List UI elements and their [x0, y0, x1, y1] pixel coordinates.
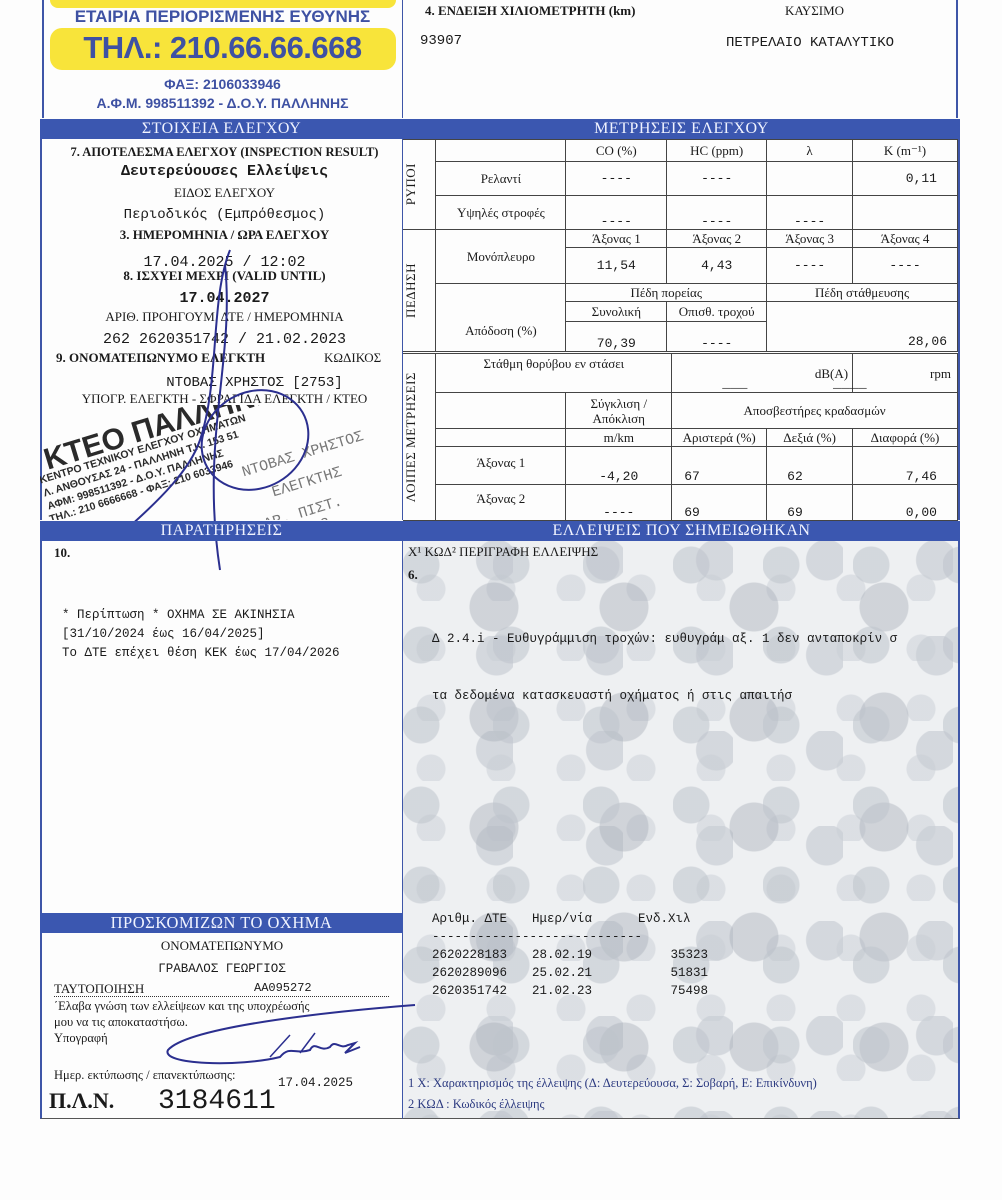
- defects-number: 6.: [408, 567, 418, 583]
- odometer-label: 4. ΕΝΔΕΙΞΗ ΧΙΛΙΟΜΕΤΡΗΤΗ (km): [425, 3, 635, 19]
- dte-history-table: Αριθμ. ΔΤΕ Ημερ/νία Ενδ.Χιλ ------------…: [432, 910, 708, 1000]
- parking-brake-label: Πέδη στάθμευσης: [767, 284, 958, 302]
- alignment-header: Σύγκλιση / Απόκλιση: [566, 393, 672, 429]
- shock-col-right: Δεξιά (%): [767, 429, 853, 447]
- emissions-value: ----: [667, 162, 767, 196]
- history-header: Ενδ.Χιλ: [638, 910, 708, 928]
- axle-header: Άξονας 4: [853, 230, 958, 248]
- type-value: Περιοδικός (Εμπρόθεσμος): [52, 207, 397, 223]
- fuel-value: ΠΕΤΡΕΛΑΙΟ ΚΑΤΑΛΥΤΙΚΟ: [726, 35, 894, 51]
- history-header: Αριθμ. ΔΤΕ: [432, 910, 532, 928]
- presenter-id-label: ΤΑΥΤΟΠΟΙΗΣΗ: [54, 981, 144, 996]
- unilateral-value: 11,54: [566, 248, 667, 284]
- axle-header: Άξονας 1: [566, 230, 667, 248]
- shock-col-left: Αριστερά (%): [672, 429, 767, 447]
- pln-label: Π.Λ.Ν.: [49, 1088, 114, 1114]
- emissions-header-hc: HC (ppm): [667, 140, 767, 162]
- pln-value: 3184611: [158, 1086, 276, 1117]
- presenter-section-bar: ΠΡΟΣΚΟΜΙΖΩΝ ΤΟ ΟΧΗΜΑ: [40, 913, 403, 933]
- defects-header: X¹ ΚΩΔ² ΠΕΡΙΓΡΑΦΗ ΕΛΛΕΙΨΗΣ: [408, 544, 598, 560]
- defects-text: Δ 2.4.i - Ευθυγράμμιση τροχών: ευθυγράμ …: [432, 592, 897, 725]
- emissions-group-label: ΡΥΠΟΙ: [403, 140, 436, 230]
- history-row: 2620351742 21.02.23 75498: [432, 982, 708, 1000]
- emissions-value: [853, 196, 958, 230]
- unilateral-label: Μονόπλευρο: [436, 230, 566, 284]
- shock-right-value: 69: [767, 485, 853, 521]
- parking-brake-value: 28,06: [767, 302, 958, 352]
- axle-row-label: Άξονας 2: [436, 485, 566, 521]
- emissions-value: ----: [767, 196, 853, 230]
- history-row: 2620289096 25.02.21 51831: [432, 964, 708, 982]
- company-afm: Α.Φ.Μ. 998511392 - Δ.Ο.Υ. ΠΑΛΛΗΝΗΣ: [44, 95, 401, 111]
- emissions-table: ΡΥΠΟΙ CO (%) HC (ppm) λ K (m⁻¹) Ρελαντί …: [403, 139, 958, 230]
- remarks-number: 10.: [54, 545, 70, 561]
- presenter-name-value: ΓΡΑΒΑΛΟΣ ΓΕΩΡΓΙΟΣ: [42, 962, 402, 976]
- alignment-value: -4,20: [566, 447, 672, 485]
- defect-line: τα δεδομένα κατασκευαστή οχήματος ή στις…: [432, 687, 897, 706]
- history-divider: ----------------------------: [432, 928, 708, 946]
- footnote-1: 1 X: Χαρακτηρισμός της έλλειψης (Δ: Δευτ…: [408, 1076, 817, 1091]
- rear-wheel-label: Οπισθ. τροχού: [667, 302, 767, 322]
- emissions-row-label: Ρελαντί: [436, 162, 566, 196]
- shock-left-value: 67: [672, 447, 767, 485]
- type-label: ΕΙΔΟΣ ΕΛΕΓΧΟΥ: [52, 185, 397, 201]
- odometer-value: 93907: [420, 33, 462, 49]
- shock-left-value: 69: [672, 485, 767, 521]
- result-value: Δευτερεύουσες Ελλείψεις: [52, 163, 397, 180]
- noise-db-cell: ___ dB(A): [672, 354, 853, 393]
- fuel-label: ΚΑΥΣΙΜΟ: [785, 3, 844, 19]
- axle-header: Άξονας 2: [667, 230, 767, 248]
- defect-line: Δ 2.4.i - Ευθυγράμμιση τροχών: ευθυγράμ …: [432, 630, 897, 649]
- remarks-section-bar: ΠΑΡΑΤΗΡΗΣΕΙΣ: [40, 521, 403, 541]
- measurements-section-bar: ΜΕΤΡΗΣΕΙΣ ΕΛΕΓΧΟΥ: [403, 119, 960, 139]
- emissions-value: ----: [667, 196, 767, 230]
- emissions-value: ----: [566, 162, 667, 196]
- history-row: 2620228183 28.02.19 35323: [432, 946, 708, 964]
- shock-absorbers-header: Αποσβεστήρες κραδασμών: [672, 393, 958, 429]
- alignment-value: ----: [566, 485, 672, 521]
- emissions-value: ----: [566, 196, 667, 230]
- noise-db-value: ___: [722, 376, 747, 392]
- unilateral-value: ----: [767, 248, 853, 284]
- noise-rpm-value: ____: [833, 376, 867, 392]
- emissions-header-co: CO (%): [566, 140, 667, 162]
- company-fax: ΦΑΞ: 2106033946: [44, 76, 401, 92]
- other-measurements-table: ΛΟΙΠΕΣ ΜΕΤΡΗΣΕΙΣ Στάθμη θορύβου εν στάσε…: [403, 353, 958, 521]
- braking-table: ΠΕΔΗΣΗ Μονόπλευρο Άξονας 1 Άξονας 2 Άξον…: [403, 229, 958, 352]
- unilateral-value: 4,43: [667, 248, 767, 284]
- service-rear-value: ----: [667, 322, 767, 352]
- company-type: ΕΤΑΙΡΙΑ ΠΕΡΙΟΡΙΣΜΕΝΗΣ ΕΥΘΥΝΗΣ: [44, 7, 401, 27]
- result-label: 7. ΑΠΟΤΕΛΕΣΜΑ ΕΛΕΓΧΟΥ (INSPECTION RESULT…: [52, 145, 397, 160]
- remarks-line: [31/10/2024 έως 16/04/2025]: [62, 625, 340, 644]
- company-phone: ΤΗΛ.: 210.66.66.668: [44, 30, 401, 66]
- defects-section-bar: ΕΛΛΕΙΨΕΙΣ ΠΟΥ ΣΗΜΕΙΩΘΗΚΑΝ: [403, 521, 960, 541]
- inspection-section-bar: ΣΤΟΙΧΕΙΑ ΕΛΕΓΧΟΥ: [40, 119, 403, 139]
- noise-rpm-cell: ____ rpm: [853, 354, 958, 393]
- axle-row-label: Άξονας 1: [436, 447, 566, 485]
- service-total-value: 70,39: [566, 322, 667, 352]
- emissions-value: [767, 162, 853, 196]
- unilateral-value: ----: [853, 248, 958, 284]
- shock-right-value: 62: [767, 447, 853, 485]
- history-header-row: Αριθμ. ΔΤΕ Ημερ/νία Ενδ.Χιλ: [432, 910, 708, 928]
- history-header: Ημερ/νία: [532, 910, 638, 928]
- shock-col-diff: Διαφορά (%): [853, 429, 958, 447]
- noise-rpm-unit: rpm: [930, 366, 951, 382]
- print-date-value: 17.04.2025: [278, 1076, 353, 1090]
- shock-diff-value: 7,46: [853, 447, 958, 485]
- footnote-2: 2 ΚΩΔ : Κωδικός έλλειψης: [408, 1097, 544, 1112]
- axle-header: Άξονας 3: [767, 230, 853, 248]
- emissions-header-lambda: λ: [767, 140, 853, 162]
- remarks-text: * Περίπτωση * ΟΧΗΜΑ ΣΕ ΑΚΙΝΗΣΙΑ [31/10/2…: [62, 606, 340, 663]
- service-brake-label: Πέδη πορείας: [566, 284, 767, 302]
- noise-label: Στάθμη θορύβου εν στάσει: [436, 354, 672, 393]
- alignment-unit: m/km: [566, 429, 672, 447]
- total-label: Συνολική: [566, 302, 667, 322]
- presenter-signature: [150, 995, 440, 1075]
- remarks-line: * Περίπτωση * ΟΧΗΜΑ ΣΕ ΑΚΙΝΗΣΙΑ: [62, 606, 340, 625]
- shock-diff-value: 0,00: [853, 485, 958, 521]
- emissions-row-label: Υψηλές στροφές: [436, 196, 566, 230]
- remarks-line: Το ΔΤΕ επέχει θέση ΚΕΚ έως 17/04/2026: [62, 644, 340, 663]
- presenter-id-value: ΑΑ095272: [254, 981, 312, 995]
- remarks-panel: [40, 541, 403, 913]
- print-date-label: Ημερ. εκτύπωσης / επανεκτύπωσης:: [54, 1068, 235, 1083]
- emissions-value: 0,11: [853, 162, 958, 196]
- presenter-name-label: ΟΝΟΜΑΤΕΠΩΝΥΜΟ: [42, 938, 402, 954]
- emissions-header-k: K (m⁻¹): [853, 140, 958, 162]
- braking-group-label: ΠΕΔΗΣΗ: [403, 230, 436, 352]
- other-group-label: ΛΟΙΠΕΣ ΜΕΤΡΗΣΕΙΣ: [403, 354, 436, 521]
- efficiency-label: Απόδοση (%): [436, 284, 566, 352]
